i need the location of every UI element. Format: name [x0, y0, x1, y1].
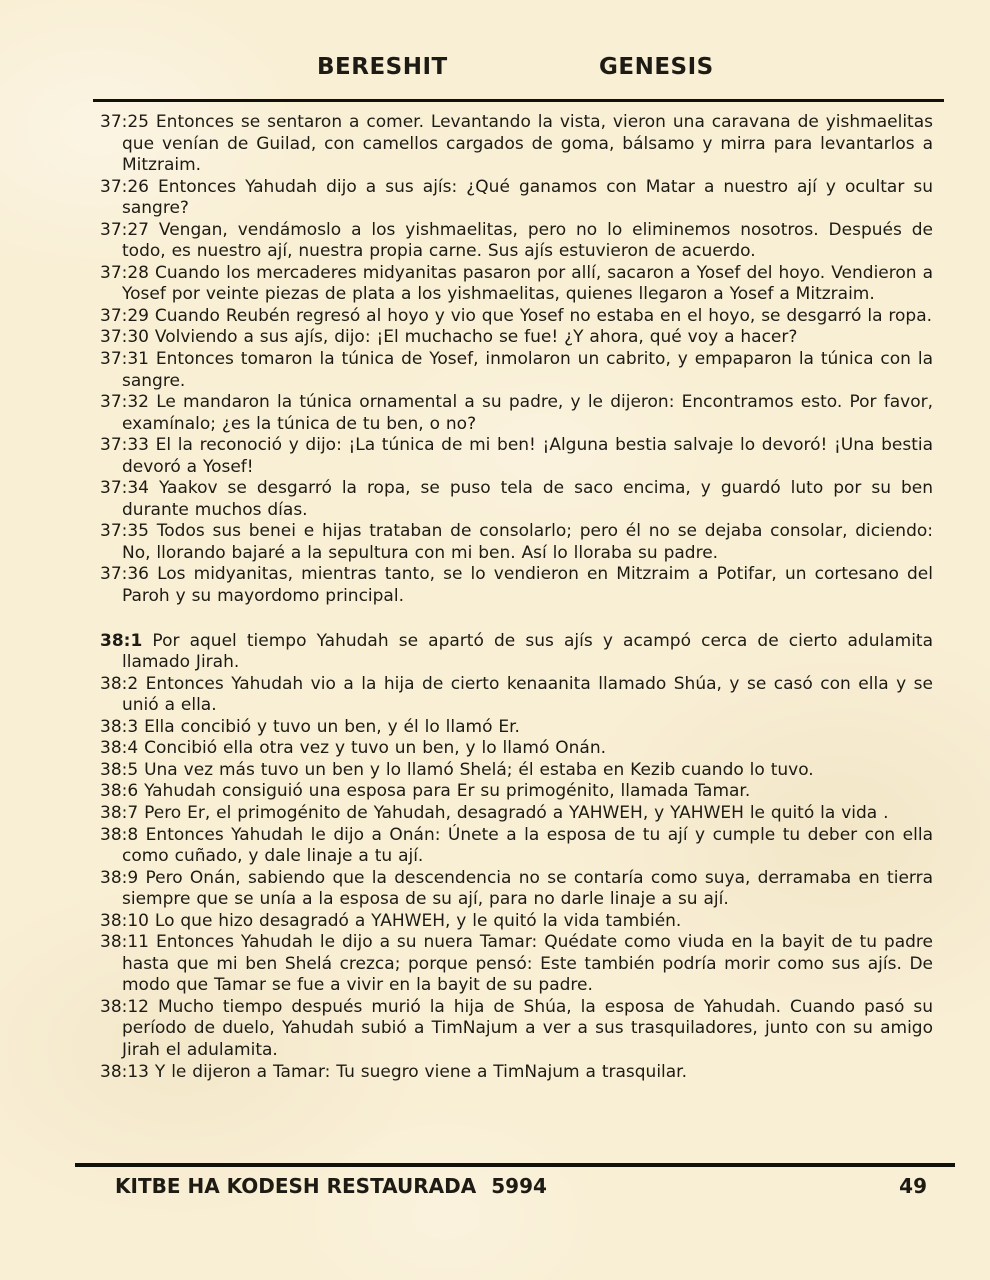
verse-number: 38:9: [100, 868, 138, 888]
verse-37-33: 37:33 El la reconoció y dijo: ¡La túnica…: [100, 435, 933, 478]
page-header: BERESHIT GENESIS: [93, 54, 944, 86]
verse-38-5: 38:5 Una vez más tuvo un ben y lo llamó …: [100, 760, 933, 782]
footer-book-title: KITBE HA KODESH RESTAURADA5994: [115, 1174, 547, 1198]
verse-37-31: 37:31 Entonces tomaron la túnica de Yose…: [100, 349, 933, 392]
verse-38-10: 38:10 Lo que hizo desagradó a YAHWEH, y …: [100, 911, 933, 933]
verse-38-9: 38:9 Pero Onán, sabiendo que la descende…: [100, 868, 933, 911]
verse-38-4: 38:4 Concibió ella otra vez y tuvo un be…: [100, 738, 933, 760]
verse-number: 37:28: [100, 263, 149, 283]
verse-number: 38:6: [100, 781, 138, 801]
verse-number: 37:36: [100, 564, 149, 584]
verse-number: 38:8: [100, 825, 138, 845]
footer-year: 5994: [491, 1174, 547, 1198]
verse-38-3: 38:3 Ella concibió y tuvo un ben, y él l…: [100, 717, 933, 739]
verse-38-12: 38:12 Mucho tiempo después murió la hija…: [100, 997, 933, 1062]
verse-number: 38:4: [100, 738, 138, 758]
verse-list: 37:25 Entonces se sentaron a comer. Leva…: [100, 112, 933, 1083]
verse-37-29: 37:29 Cuando Reubén regresó al hoyo y vi…: [100, 306, 933, 328]
footer-page-number: 49: [899, 1174, 927, 1198]
verse-37-34: 37:34 Yaakov se desgarró la ropa, se pus…: [100, 478, 933, 521]
verse-number: 37:33: [100, 435, 149, 455]
verse-37-30: 37:30 Volviendo a sus ajís, dijo: ¡El mu…: [100, 327, 933, 349]
verse-number: 37:29: [100, 306, 149, 326]
verse-37-27: 37:27 Vengan, vendámoslo a los yishmaeli…: [100, 220, 933, 263]
verse-number: 38:5: [100, 760, 138, 780]
footer-book-title-text: KITBE HA KODESH RESTAURADA: [115, 1174, 476, 1198]
verse-number: 38:13: [100, 1062, 149, 1082]
verse-38-8: 38:8 Entonces Yahudah le dijo a Onán: Ún…: [100, 825, 933, 868]
verse-number: 38:10: [100, 911, 149, 931]
header-title-hebrew: BERESHIT: [317, 54, 448, 80]
verse-38-11: 38:11 Entonces Yahudah le dijo a su nuer…: [100, 932, 933, 997]
verse-number: 37:31: [100, 349, 149, 369]
verse-37-36: 37:36 Los midyanitas, mientras tanto, se…: [100, 564, 933, 607]
footer-rule: [75, 1163, 955, 1167]
verse-number: 37:30: [100, 327, 149, 347]
header-rule: [93, 99, 944, 102]
verse-38-6: 38:6 Yahudah consiguió una esposa para E…: [100, 781, 933, 803]
verse-38-2: 38:2 Entonces Yahudah vio a la hija de c…: [100, 674, 933, 717]
verse-37-28: 37:28 Cuando los mercaderes midyanitas p…: [100, 263, 933, 306]
verse-38-1: 38:1 Por aquel tiempo Yahudah se apartó …: [100, 631, 933, 674]
verse-37-35: 37:35 Todos sus benei e hijas trataban d…: [100, 521, 933, 564]
verse-37-25: 37:25 Entonces se sentaron a comer. Leva…: [100, 112, 933, 177]
verse-number: 38:3: [100, 717, 138, 737]
verse-number: 38:12: [100, 997, 149, 1017]
header-title-spanish: GENESIS: [599, 54, 714, 80]
verse-38-7: 38:7 Pero Er, el primogénito de Yahudah,…: [100, 803, 933, 825]
verse-number: 37:26: [100, 177, 149, 197]
verse-number: 37:25: [100, 112, 149, 132]
verse-37-26: 37:26 Entonces Yahudah dijo a sus ajís: …: [100, 177, 933, 220]
verse-number: 38:7: [100, 803, 138, 823]
verse-number: 38:2: [100, 674, 138, 694]
verse-number: 37:27: [100, 220, 149, 240]
verse-number: 37:32: [100, 392, 149, 412]
verse-number: 38:11: [100, 932, 149, 952]
verse-37-32: 37:32 Le mandaron la túnica ornamental a…: [100, 392, 933, 435]
page-footer: KITBE HA KODESH RESTAURADA5994 49: [75, 1174, 955, 1204]
verse-number: 37:35: [100, 521, 149, 541]
scanned-book-page: BERESHIT GENESIS 37:25 Entonces se senta…: [0, 0, 990, 1280]
verse-number: 38:1: [100, 631, 142, 651]
verse-number: 37:34: [100, 478, 149, 498]
verse-38-13: 38:13 Y le dijeron a Tamar: Tu suegro vi…: [100, 1062, 933, 1084]
